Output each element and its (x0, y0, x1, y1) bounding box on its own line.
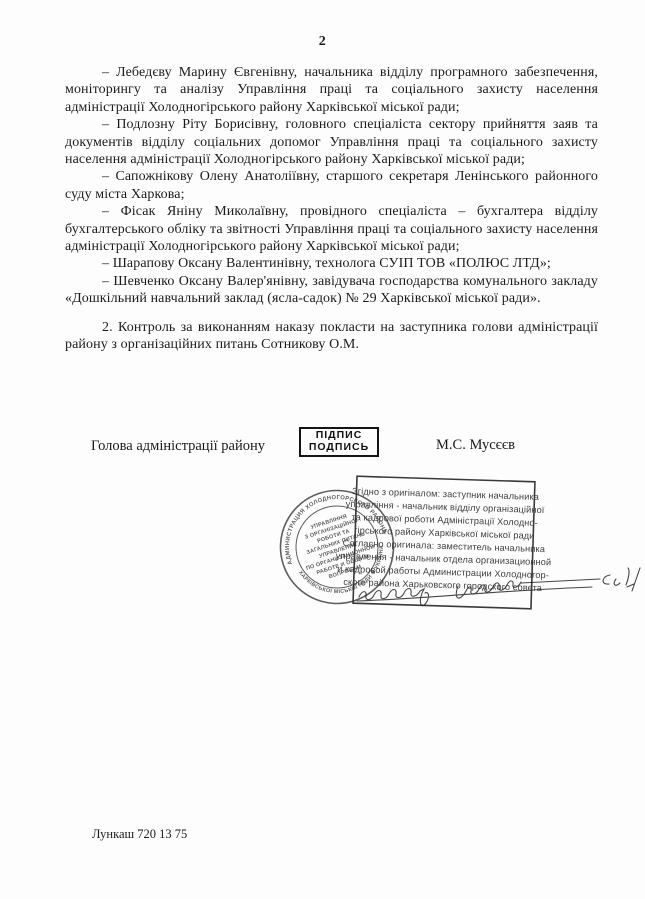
order-paragraph: – Сапожнікову Олену Анатоліївну, старшог… (65, 168, 598, 203)
document-page: 2 – Лебедєву Марину Євгенівну, начальник… (0, 0, 645, 899)
order-paragraph: – Фісак Яніну Миколаївну, провідного спе… (65, 203, 598, 255)
order-paragraph: – Шевченко Оксану Валер'янівну, завідува… (65, 273, 598, 308)
signature-stamp-line-ru: ПОДПИСЬ (303, 442, 375, 454)
order-body: – Лебедєву Марину Євгенівну, начальника … (65, 64, 598, 354)
certification-stamp: Згідно з оригіналом: заступник начальник… (334, 476, 553, 610)
order-paragraph: – Шарапову Оксану Валентинівну, технолог… (65, 255, 598, 272)
executor-footer: Лункаш 720 13 75 (92, 827, 187, 842)
control-paragraph: 2. Контроль за виконанням наказу покласт… (65, 319, 598, 354)
page-number: 2 (0, 34, 645, 50)
signer-role: Голова адміністрації району (91, 438, 265, 455)
signature-placeholder-stamp: ПІДПИС ПОДПИСЬ (299, 427, 379, 457)
stamps-area: АДМИНИСТРАЦИЯ ХОЛОДНОГОРСКОГО РАЙОНА ХАР… (248, 468, 645, 633)
signer-name: М.С. Мусєєв (436, 437, 515, 454)
order-paragraph: – Подлозну Ріту Борисівну, головного спе… (65, 116, 598, 168)
signature-stamp-line-ua: ПІДПИС (303, 430, 375, 442)
order-paragraph: – Лебедєву Марину Євгенівну, начальника … (65, 64, 598, 116)
